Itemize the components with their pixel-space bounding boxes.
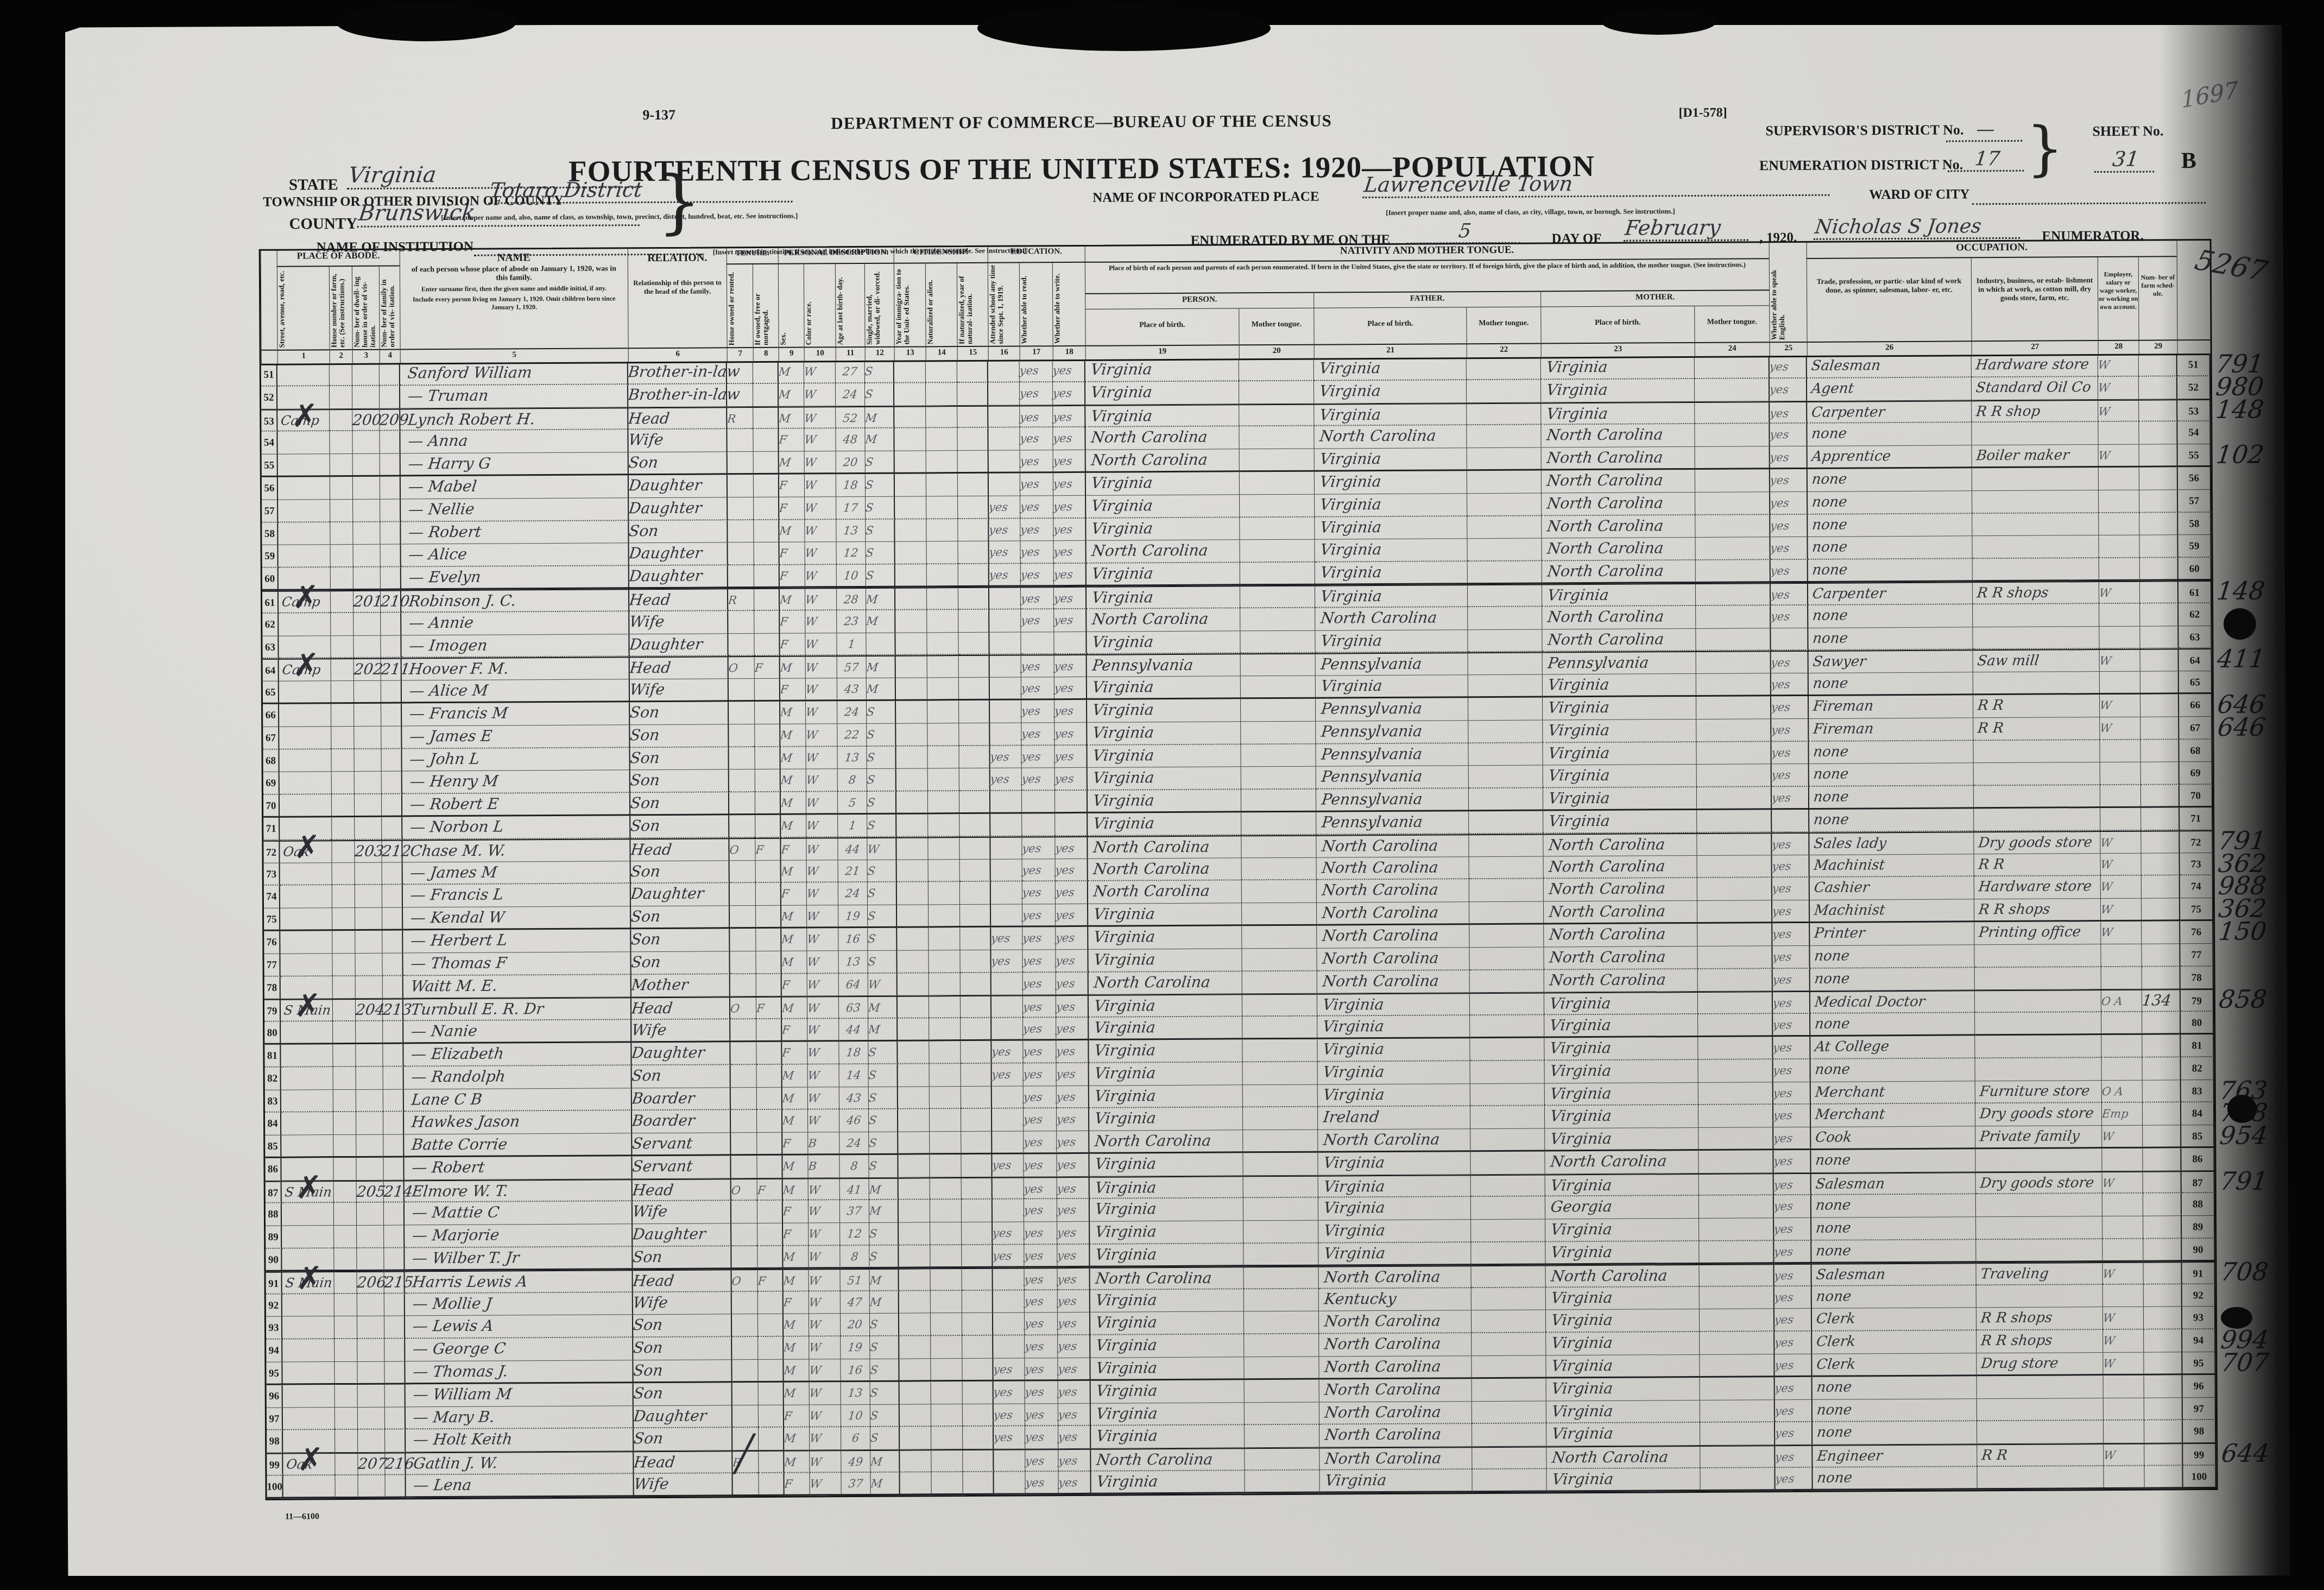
cell-mt xyxy=(1242,857,1317,881)
cell-ow xyxy=(732,1473,759,1496)
cell-nm: — Nanie xyxy=(403,1020,631,1044)
cell-ny xyxy=(958,519,989,541)
cell-ho xyxy=(331,613,353,636)
cell-mt xyxy=(1245,1471,1319,1494)
cell-mr: S xyxy=(868,1042,898,1064)
cell-sc xyxy=(992,1018,1023,1041)
cell-fm xyxy=(384,1316,405,1339)
cell-wr: yes xyxy=(1056,881,1088,904)
cell-mb: Virginia xyxy=(1543,742,1696,766)
cell-ft xyxy=(1470,1038,1544,1061)
cell-fm: 214 xyxy=(384,1180,405,1203)
cell-mt xyxy=(1243,1198,1318,1221)
cell-sx: M xyxy=(782,1064,808,1087)
cell-fb: Virginia xyxy=(1318,1242,1471,1266)
cell-em: W xyxy=(2099,581,2140,604)
cell-dw xyxy=(357,1226,384,1248)
cell-nm: — Robert xyxy=(401,521,629,545)
cell-rd: yes xyxy=(1022,768,1055,791)
cell-oc: Salesman xyxy=(1811,1263,1976,1286)
cell-mb: Virginia xyxy=(1546,1287,1700,1310)
cell-sx: M xyxy=(784,1450,810,1473)
cell-rd: yes xyxy=(1022,950,1056,973)
cell-dw xyxy=(356,1135,383,1158)
cell-sx: M xyxy=(784,1314,809,1337)
cell-fm xyxy=(385,1430,406,1453)
cell-ny xyxy=(961,1041,992,1064)
cell-im xyxy=(897,882,929,905)
cell-sc xyxy=(992,995,1023,1018)
cell-nm: — Wilber T. Jr xyxy=(405,1247,633,1271)
cell-fb: Virginia xyxy=(1315,494,1467,517)
census-table: PLACE OF ABODE.TENURE.PERSONAL DESCRIPTI… xyxy=(259,239,2218,1500)
cell-ny xyxy=(963,1427,994,1449)
cell-sc xyxy=(988,359,1020,382)
cell-sx: M xyxy=(780,702,806,724)
cell-rd: yes xyxy=(1025,1427,1058,1449)
cell-oc: none xyxy=(1811,1058,1975,1082)
cell-en: yes xyxy=(1770,401,1807,424)
cell-ow xyxy=(728,475,754,497)
cell-ag: 20 xyxy=(836,451,866,474)
cell-rl: Son xyxy=(634,1383,732,1406)
cell-sx: F xyxy=(784,1405,810,1428)
cell-rl: Daughter xyxy=(629,565,728,589)
cell-st: Oak✗ xyxy=(283,1453,335,1475)
cell-ow xyxy=(731,1133,757,1156)
cell-oc: none xyxy=(1808,491,1972,514)
cell-sx: M xyxy=(783,1246,809,1269)
cell-en: yes xyxy=(1773,968,1810,991)
cell-mb: Virginia xyxy=(1542,583,1696,607)
cell-im xyxy=(898,1064,930,1087)
cell-wr: yes xyxy=(1057,1154,1089,1177)
cell-ft xyxy=(1472,1447,1546,1470)
cell-na xyxy=(931,1427,963,1450)
cell-dw xyxy=(357,1294,384,1316)
cell-st xyxy=(280,931,332,954)
cell-rl: Head xyxy=(630,657,729,680)
cell-oc: none xyxy=(1808,514,1972,537)
cell-fb: Virginia xyxy=(1318,1220,1471,1243)
cell-ln: 88 xyxy=(266,1203,282,1226)
cell-ow: R xyxy=(728,588,754,611)
cell-ln: 95 xyxy=(266,1362,282,1385)
cell-en: yes xyxy=(1770,469,1808,492)
cell-wr: yes xyxy=(1056,950,1088,973)
cell-ny xyxy=(958,496,989,519)
cell-dw xyxy=(353,499,380,522)
cell-ft xyxy=(1471,1242,1545,1266)
cell-mb: North Carolina xyxy=(1542,606,1696,629)
cell-rd: yes xyxy=(1021,723,1054,746)
cell-dw xyxy=(354,726,381,749)
cell-em xyxy=(2104,1376,2144,1398)
cell-ow xyxy=(728,565,754,588)
cell-mr xyxy=(866,633,895,655)
cell-pb: North Carolina xyxy=(1090,1266,1243,1290)
cell-ft xyxy=(1468,561,1542,585)
cell-ow xyxy=(730,1042,756,1065)
cell-mo: F xyxy=(755,656,780,679)
cell-en: yes xyxy=(1775,1468,1813,1491)
cell-ft xyxy=(1471,1220,1545,1243)
cell-fm xyxy=(381,681,402,704)
cell-dw xyxy=(357,1316,384,1339)
cell-oc: none xyxy=(1811,1195,1976,1218)
cell-nm: — Randolph xyxy=(404,1065,632,1089)
cell-mr: M xyxy=(866,610,895,633)
cell-st xyxy=(281,1067,333,1090)
cell-na xyxy=(928,814,959,837)
cell-sx: F xyxy=(783,1201,809,1223)
cell-ln: 71 xyxy=(263,818,280,841)
cell-nm: Gatlin J. W. xyxy=(406,1451,634,1475)
cell-ind xyxy=(1972,513,2099,537)
cell-ag: 6 xyxy=(841,1427,870,1450)
cell-mo xyxy=(756,951,781,974)
cell-ind: R R shops xyxy=(1973,581,2099,604)
cell-na xyxy=(926,541,958,564)
cell-sx: F xyxy=(779,429,804,452)
cell-sx: M xyxy=(781,860,807,883)
cell-en: yes xyxy=(1772,900,1810,923)
cell-ho xyxy=(334,1203,357,1226)
cell-ny xyxy=(961,1018,992,1041)
col-header-eng: Whether able to speak English. xyxy=(1769,243,1807,342)
cell-mr: S xyxy=(869,1155,898,1178)
cell-nm: — Francis M xyxy=(402,702,630,726)
supervisor-value: — xyxy=(1947,118,2023,142)
cell-dw xyxy=(356,1067,383,1089)
cell-ln: 77 xyxy=(264,954,280,976)
cell-ind xyxy=(1972,468,2099,491)
nativity-note: Place of birth of each person and parent… xyxy=(1085,259,1769,294)
cell-oc: none xyxy=(1811,1240,1976,1263)
cell-rd: yes xyxy=(1025,1472,1058,1494)
cell-na xyxy=(927,633,958,655)
cell-wr: yes xyxy=(1056,995,1089,1018)
cell-em xyxy=(2104,1466,2144,1489)
cell-pb: Virginia xyxy=(1089,1108,1243,1131)
cell-ow xyxy=(729,769,755,792)
cell-pb: Virginia xyxy=(1090,1357,1244,1380)
cell-ag: 27 xyxy=(836,361,865,383)
cell-pb: Virginia xyxy=(1090,1289,1244,1313)
cell-pb: Virginia xyxy=(1085,381,1239,405)
cell-mt xyxy=(1245,1425,1319,1448)
cell-rl: Son xyxy=(629,452,728,475)
cell-dw xyxy=(357,1339,384,1362)
cell-en: yes xyxy=(1771,605,1808,628)
cell-mmt xyxy=(1697,832,1772,856)
cell-ft xyxy=(1472,1401,1546,1424)
cell-mo xyxy=(755,702,780,724)
cell-en: yes xyxy=(1772,764,1809,787)
cell-fb: Virginia xyxy=(1314,403,1467,426)
col-label-street: Street, avenue, road, etc. xyxy=(277,267,287,350)
cell-pb: Virginia xyxy=(1090,1198,1243,1222)
cell-mt xyxy=(1242,1039,1317,1063)
cell-ln: 55 xyxy=(262,455,278,477)
cell-sc xyxy=(993,1200,1024,1222)
cell-mb: Virginia xyxy=(1544,1014,1698,1038)
cell-ow xyxy=(731,1246,757,1269)
header-line-col xyxy=(261,251,277,350)
cell-ho xyxy=(334,1339,357,1362)
cell-ag: 8 xyxy=(839,1155,869,1178)
cell-na xyxy=(930,1222,962,1245)
cell-na xyxy=(929,1018,961,1041)
cell-em: W xyxy=(2102,1126,2143,1149)
cell-ny xyxy=(958,610,989,633)
cell-mr: S xyxy=(865,361,894,383)
cell-nm: — William M xyxy=(406,1383,634,1407)
cell-em xyxy=(2099,626,2140,649)
cell-ind xyxy=(1976,1194,2102,1217)
col-number: 18 xyxy=(1053,345,1085,359)
cell-mr: S xyxy=(866,519,895,542)
cell-sx: M xyxy=(779,383,804,406)
col-number: 21 xyxy=(1314,343,1467,358)
cell-mb: Virginia xyxy=(1541,379,1695,402)
cell-ind: Boiler maker xyxy=(1972,445,2099,468)
cell-sx: M xyxy=(780,588,805,611)
cell-en: yes xyxy=(1770,356,1807,378)
cell-em: Emp xyxy=(2102,1103,2143,1126)
cell-sc: yes xyxy=(989,519,1020,541)
cell-mo xyxy=(755,815,781,838)
form-number: 9-137 xyxy=(642,107,675,123)
cell-mt xyxy=(1245,1379,1319,1403)
cell-ft xyxy=(1470,1151,1545,1175)
col-header-street: Street, avenue, road, etc. xyxy=(277,267,330,350)
cell-rl: Daughter xyxy=(629,497,728,521)
cell-sx: M xyxy=(781,792,806,815)
cell-mr: M xyxy=(869,1269,899,1291)
cell-na xyxy=(931,1472,963,1495)
cell-ny xyxy=(958,632,989,655)
cell-cl: W xyxy=(807,1019,839,1042)
cell-rd: yes xyxy=(1025,1358,1058,1381)
cell-sx: F xyxy=(781,837,806,860)
cell-oc: Cashier xyxy=(1810,877,1974,900)
cell-pb: North Carolina xyxy=(1089,971,1242,995)
cell-fm: 209 xyxy=(380,408,400,431)
cell-mb: Virginia xyxy=(1541,402,1695,425)
cell-rd: yes xyxy=(1024,1177,1057,1200)
cell-mt xyxy=(1240,540,1315,563)
cell-st xyxy=(279,749,331,772)
cell-mb: Virginia xyxy=(1545,1128,1698,1151)
cell-st xyxy=(278,500,330,522)
cell-na xyxy=(930,1177,962,1200)
cell-mb: Virginia xyxy=(1544,992,1698,1015)
enumeration-month: February xyxy=(1625,215,1750,241)
cell-na xyxy=(926,474,958,496)
cell-ny xyxy=(958,474,989,496)
cell-sc: yes xyxy=(993,1245,1024,1268)
cell-pb: Virginia xyxy=(1089,1062,1243,1086)
cell-en: yes xyxy=(1772,855,1810,878)
cell-ny xyxy=(962,1313,993,1336)
cell-ho xyxy=(331,727,354,749)
col-number: 10 xyxy=(804,346,836,361)
cell-mo xyxy=(754,497,779,520)
cell-rd: yes xyxy=(1025,1290,1058,1313)
cell-ln: 56 xyxy=(262,477,278,500)
cell-nm: — Harry G xyxy=(401,452,629,476)
cell-ind xyxy=(1977,1376,2104,1399)
cell-nm: Hoover F. M. xyxy=(402,657,630,681)
cell-ny xyxy=(959,678,990,701)
cell-ind xyxy=(1975,967,2101,990)
cell-ow xyxy=(727,429,753,452)
cell-en: yes xyxy=(1770,424,1807,446)
cell-ny xyxy=(962,1245,993,1268)
cell-ho xyxy=(333,1112,356,1135)
cell-na xyxy=(928,791,959,814)
cell-ny xyxy=(959,814,990,837)
cell-ag: 23 xyxy=(837,610,866,633)
cell-ln: 51 xyxy=(261,364,277,387)
cell-rd: yes xyxy=(1021,564,1054,586)
cell-mt xyxy=(1242,926,1317,949)
cell-sc: yes xyxy=(992,1063,1024,1086)
cell-fb: North Carolina xyxy=(1319,1402,1472,1425)
cell-ln: 52 xyxy=(261,386,277,409)
enumeration-day: 5 xyxy=(1407,220,1521,244)
cell-ft xyxy=(1472,1469,1546,1492)
cell-rl: Head xyxy=(634,1451,732,1474)
cell-ln: 62 xyxy=(262,613,279,636)
cell-dw xyxy=(354,681,381,704)
cell-mo xyxy=(756,1042,782,1065)
cell-rl: Son xyxy=(630,747,729,771)
cell-fm xyxy=(380,454,401,477)
cell-mo xyxy=(759,1428,784,1450)
cell-fb: Pennsylvania xyxy=(1316,653,1468,676)
cell-ln: 86 xyxy=(265,1158,281,1181)
cell-ag: 47 xyxy=(841,1291,870,1314)
cell-mt xyxy=(1239,358,1314,382)
cell-sx: M xyxy=(782,1110,808,1133)
township-value: Totaro District xyxy=(490,177,794,204)
cell-rd: yes xyxy=(1025,1313,1058,1336)
enumeration-district-value: 17 xyxy=(1949,148,2025,172)
cell-rd: yes xyxy=(1023,995,1056,1018)
cell-ow xyxy=(728,452,754,475)
cell-sc xyxy=(989,632,1021,655)
cell-mmt xyxy=(1700,1332,1774,1355)
cell-na xyxy=(926,519,958,542)
cell-oc: none xyxy=(1808,559,1973,582)
cell-ln: 70 xyxy=(263,795,280,818)
cell-pb: Virginia xyxy=(1089,1085,1243,1108)
department-line: DEPARTMENT OF COMMERCE—BUREAU OF THE CEN… xyxy=(831,111,1332,133)
cell-sx: M xyxy=(782,1087,808,1110)
cell-mmt xyxy=(1698,1014,1773,1037)
cell-mo: F xyxy=(756,996,782,1019)
cell-nm: — Kendal W xyxy=(403,906,631,930)
cell-mr: S xyxy=(868,905,897,928)
cell-ft xyxy=(1467,448,1542,471)
cell-pb: Virginia xyxy=(1089,994,1242,1018)
cell-im xyxy=(896,746,927,769)
cell-ind: Hardware store xyxy=(1972,354,2098,377)
cell-ind: R R xyxy=(1974,854,2101,877)
cell-oc: none xyxy=(1813,1467,1977,1490)
cell-em xyxy=(2102,1194,2143,1216)
cell-cl: W xyxy=(804,406,836,429)
cell-mmt xyxy=(1696,605,1771,629)
col-number: 6 xyxy=(628,347,727,362)
cell-sc xyxy=(990,655,1021,678)
cell-en: yes xyxy=(1770,514,1808,537)
cell-na xyxy=(926,360,957,383)
cell-mmt xyxy=(1697,923,1772,947)
cell-nm: — Thomas F xyxy=(403,952,631,976)
cell-mt xyxy=(1242,971,1317,994)
cell-rl: Son xyxy=(630,815,729,838)
cell-mo xyxy=(757,1246,783,1269)
cell-cl: W xyxy=(807,996,839,1019)
cell-en: yes xyxy=(1771,560,1808,583)
cell-mr: S xyxy=(866,542,895,565)
cell-cl: W xyxy=(805,520,836,542)
cell-rd xyxy=(1021,632,1054,655)
cell-ln: 75 xyxy=(264,908,280,931)
cell-wr: yes xyxy=(1058,1313,1090,1335)
cell-mo xyxy=(759,1473,784,1496)
cell-mt xyxy=(1241,653,1316,677)
cell-wr: yes xyxy=(1054,745,1087,768)
strikethrough-x-mark: ✗ xyxy=(296,1268,323,1289)
cell-ho xyxy=(335,1385,358,1408)
cell-sx: F xyxy=(782,1042,807,1064)
cell-dw xyxy=(353,567,381,590)
cell-rd: yes xyxy=(1025,1404,1058,1427)
cell-ow xyxy=(727,361,753,384)
cell-pb: Virginia xyxy=(1087,699,1241,722)
cell-mr: S xyxy=(867,746,896,769)
cell-ho xyxy=(331,681,354,704)
nativity-sub-FATHER.: FATHER. xyxy=(1313,292,1540,308)
cell-ow xyxy=(732,1315,758,1337)
cell-mr: M xyxy=(869,1177,899,1200)
cell-sc xyxy=(988,405,1020,428)
cell-st xyxy=(279,727,331,749)
cell-nm: Sanford William xyxy=(400,362,628,386)
cell-ind xyxy=(1976,1285,2103,1308)
cell-en: yes xyxy=(1774,1264,1811,1286)
cell-rl: Boarder xyxy=(632,1111,731,1134)
cell-em: W xyxy=(2101,853,2142,876)
cell-im xyxy=(895,542,926,565)
cell-mr: S xyxy=(869,1246,899,1269)
cell-im xyxy=(895,565,927,588)
cell-mo xyxy=(755,747,780,769)
cell-ho xyxy=(330,500,353,522)
cell-sc: yes xyxy=(992,1040,1023,1063)
cell-cl: W xyxy=(810,1428,841,1450)
cell-dw xyxy=(355,908,382,931)
cell-ind: R R shops xyxy=(1976,1330,2103,1353)
cell-fm xyxy=(385,1475,406,1498)
cell-rl: Daughter xyxy=(629,475,728,498)
cell-ft xyxy=(1468,607,1542,630)
cell-st xyxy=(280,885,332,908)
